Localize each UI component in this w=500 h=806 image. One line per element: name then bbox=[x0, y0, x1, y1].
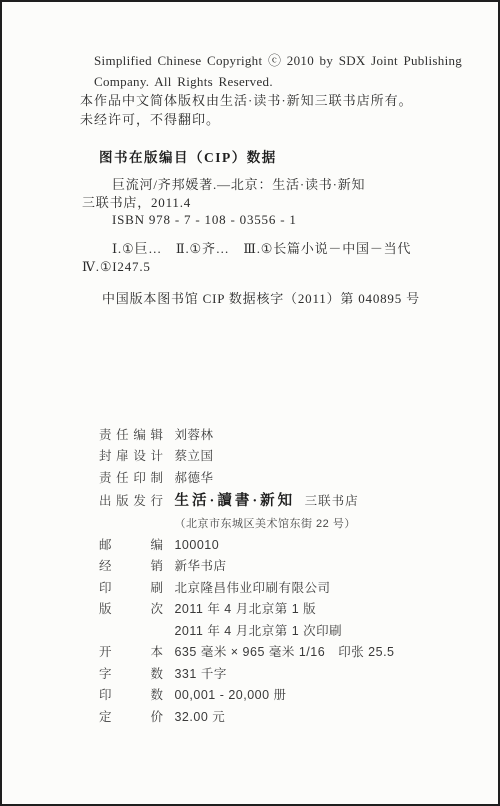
colophon-value: 635 毫米 × 965 毫米 1/16 印张 25.5 bbox=[174, 645, 394, 659]
colophon-label: 字数 bbox=[99, 664, 163, 686]
colophon-row-format: 开本 635 毫米 × 965 毫米 1/16 印张 25.5 bbox=[99, 642, 498, 664]
colophon-row-publisher: 出版发行 生活·讀書·新知 三联书店 bbox=[99, 489, 498, 513]
colophon-value: 100010 bbox=[174, 538, 219, 552]
colophon-value: 新华书店 bbox=[174, 559, 226, 573]
colophon-row-cover-design: 封扉设计 蔡立国 bbox=[99, 446, 498, 468]
cip-publisher-year-line: 三联书店，2011.4 bbox=[82, 194, 498, 212]
sdx-brand-logo: 生活·讀書·新知 bbox=[174, 493, 295, 509]
colophon-value: 三联书店 bbox=[305, 494, 359, 508]
colophon-row-editor: 责任编辑 刘蓉林 bbox=[99, 425, 498, 447]
publisher-address: （北京市东城区美术馆东街 22 号） bbox=[174, 518, 355, 530]
colophon-label: 定价 bbox=[99, 707, 163, 729]
copyright-english-line2: Company. All Rights Reserved. bbox=[94, 71, 498, 92]
colophon-value: 郝德华 bbox=[174, 471, 213, 485]
colophon-row-address: （北京市东城区美术馆东街 22 号） bbox=[99, 513, 498, 535]
copyright-chinese-line2: 未经许可，不得翻印。 bbox=[80, 111, 498, 130]
colophon-label: 印刷 bbox=[99, 578, 163, 600]
colophon-label: 开本 bbox=[99, 642, 163, 664]
cip-title-author-line: 巨流河/齐邦媛著.—北京：生活·读书·新知 bbox=[112, 176, 498, 194]
cip-classification: Ⅰ.①巨… Ⅱ.①齐… Ⅲ.①长篇小说－中国－当代 Ⅳ.①I247.5 bbox=[82, 240, 498, 276]
colophon-label: 邮编 bbox=[99, 535, 163, 557]
colophon-label: 出版发行 bbox=[99, 489, 163, 513]
cip-entry: 巨流河/齐邦媛著.—北京：生活·读书·新知 三联书店，2011.4 ISBN 9… bbox=[82, 176, 498, 229]
colophon-label: 责任编辑 bbox=[99, 425, 163, 447]
cip-data-block: 图书在版编目（CIP）数据 巨流河/齐邦媛著.—北京：生活·读书·新知 三联书店… bbox=[82, 146, 498, 307]
cip-class-line1: Ⅰ.①巨… Ⅱ.①齐… Ⅲ.①长篇小说－中国－当代 bbox=[112, 240, 498, 258]
cip-record-number-line: 中国版本图书馆 CIP 数据核字（2011）第 040895 号 bbox=[102, 288, 498, 307]
cip-isbn-line: ISBN 978 - 7 - 108 - 03556 - 1 bbox=[112, 211, 498, 229]
copyright-english-line1: Simplified Chinese Copyright ⓒ 2010 by S… bbox=[94, 50, 498, 71]
colophon-label: 版次 bbox=[99, 599, 163, 621]
colophon-row-print-supervisor: 责任印制 郝德华 bbox=[99, 468, 498, 490]
cip-heading: 图书在版编目（CIP）数据 bbox=[99, 146, 498, 166]
colophon-value: 刘蓉林 bbox=[174, 428, 213, 442]
copyright-chinese-line1: 本作品中文简体版权由生活·读书·新知三联书店所有。 bbox=[80, 92, 498, 111]
colophon-row-edition: 版次 2011 年 4 月北京第 1 版 bbox=[99, 599, 498, 621]
colophon-row-print-run: 印数 00,001 - 20,000 册 bbox=[99, 685, 498, 707]
colophon-label: 经销 bbox=[99, 556, 163, 578]
colophon-label: 责任印制 bbox=[99, 468, 163, 490]
colophon-value: 2011 年 4 月北京第 1 次印刷 bbox=[174, 624, 342, 638]
colophon-label: 封扉设计 bbox=[99, 446, 163, 468]
colophon-value: 331 千字 bbox=[174, 667, 226, 681]
colophon-value: 蔡立国 bbox=[174, 449, 213, 463]
book-copyright-page: Simplified Chinese Copyright ⓒ 2010 by S… bbox=[0, 0, 500, 806]
copyright-notice: Simplified Chinese Copyright ⓒ 2010 by S… bbox=[80, 50, 498, 129]
colophon-row-printer: 印刷 北京隆昌伟业印刷有限公司 bbox=[99, 578, 498, 600]
colophon-value: 北京隆昌伟业印刷有限公司 bbox=[174, 581, 330, 595]
colophon-label: 印数 bbox=[99, 685, 163, 707]
colophon-row-distributor: 经销 新华书店 bbox=[99, 556, 498, 578]
colophon-value: 2011 年 4 月北京第 1 版 bbox=[174, 602, 316, 616]
colophon-value: 32.00 元 bbox=[174, 710, 225, 724]
colophon-row-word-count: 字数 331 千字 bbox=[99, 664, 498, 686]
cip-class-line2: Ⅳ.①I247.5 bbox=[82, 258, 498, 276]
colophon-row-postcode: 邮编 100010 bbox=[99, 535, 498, 557]
colophon-row-price: 定价 32.00 元 bbox=[99, 707, 498, 729]
colophon-value: 00,001 - 20,000 册 bbox=[174, 688, 286, 702]
colophon-block: 责任编辑 刘蓉林 封扉设计 蔡立国 责任印制 郝德华 出版发行 生活·讀書·新知… bbox=[99, 425, 498, 729]
colophon-row-printing: 2011 年 4 月北京第 1 次印刷 bbox=[99, 621, 498, 643]
